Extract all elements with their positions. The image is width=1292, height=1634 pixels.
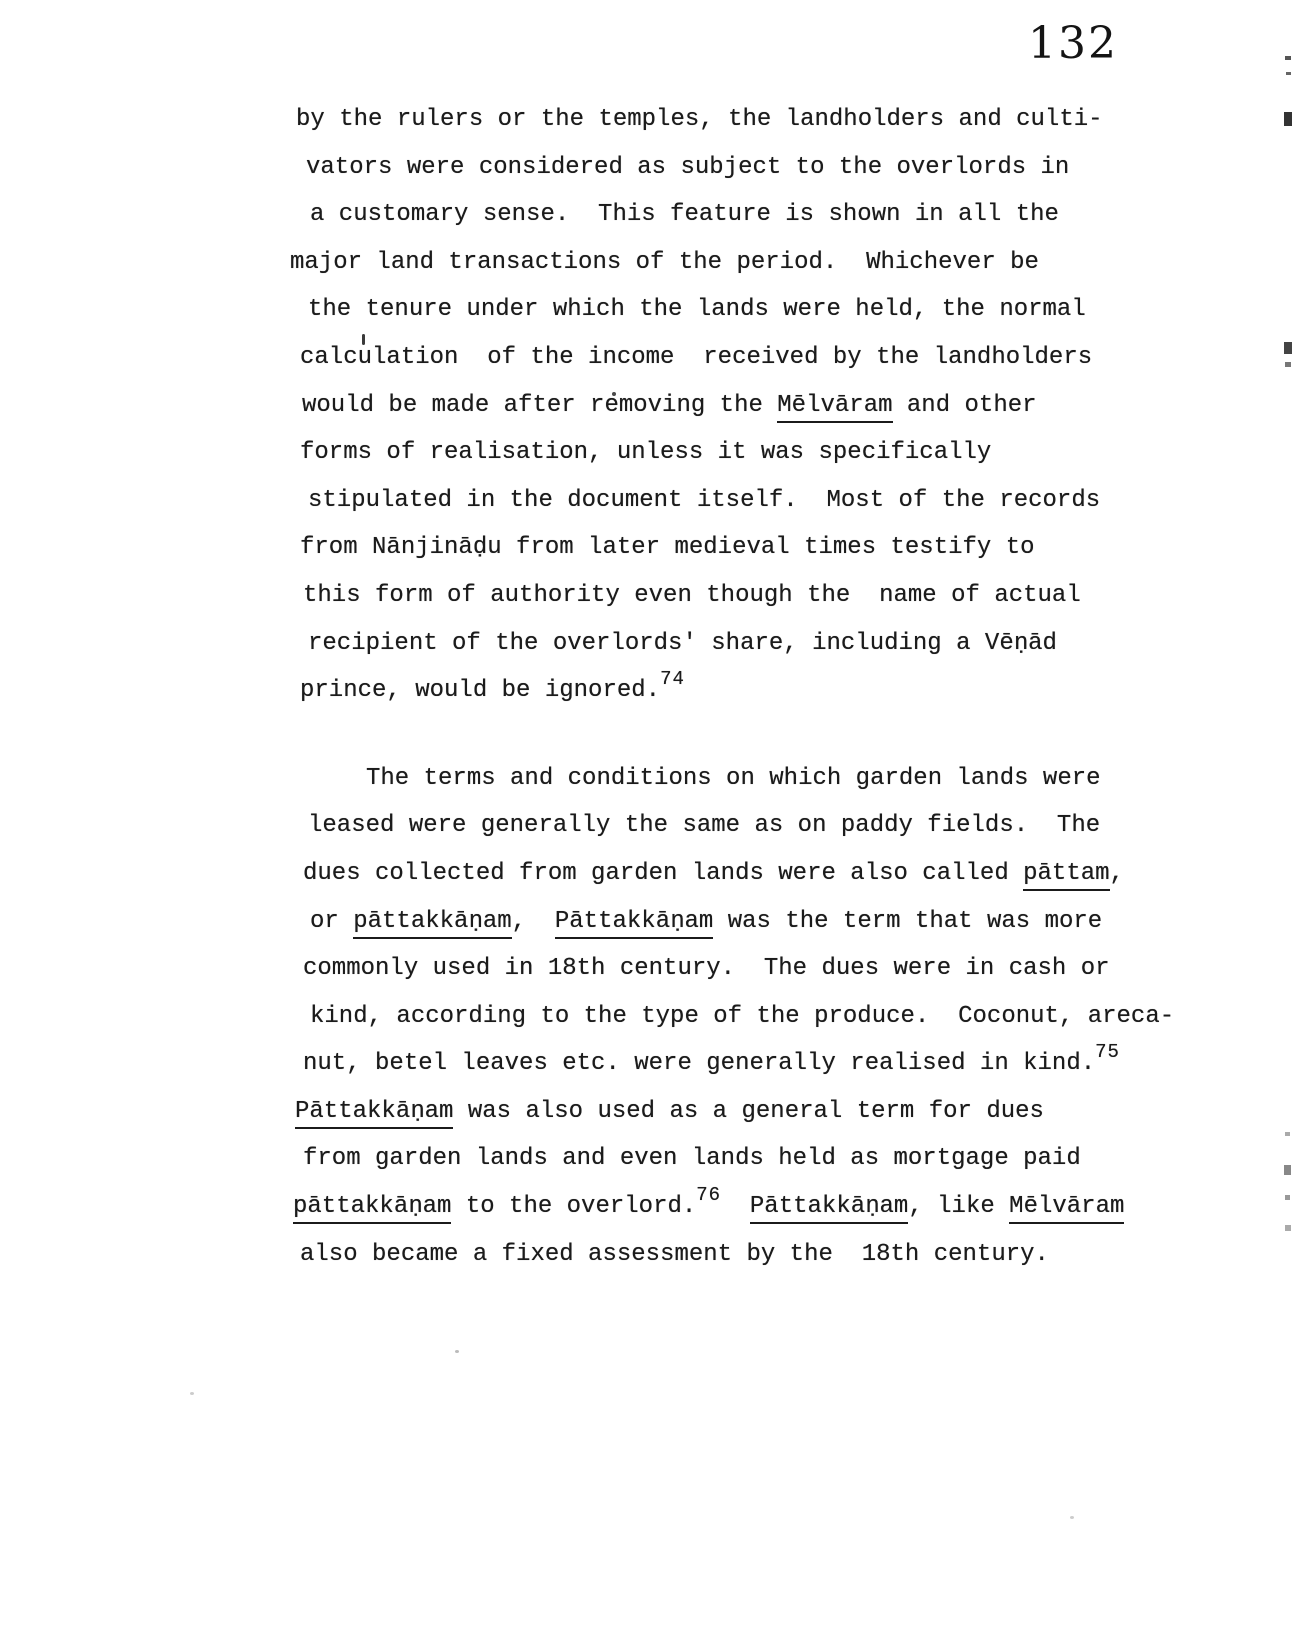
text-segment: major land transactions of the period. W… [290, 249, 1039, 276]
text-line: kind, according to the type of the produ… [288, 993, 1218, 1041]
text-segment [721, 1193, 750, 1220]
underlined-term: pāttam [1023, 860, 1109, 891]
scan-artifact [455, 1350, 459, 1353]
text-segment: prince, would be ignored. [300, 677, 660, 704]
text-segment: dues collected from garden lands were al… [303, 860, 1023, 887]
scan-artifact [1285, 56, 1291, 60]
text-segment: vators were considered as subject to the… [306, 154, 1069, 181]
underlined-term: Mēlvāram [777, 392, 892, 423]
text-segment: this form of authority even though the n… [303, 582, 1081, 609]
page-number: 132 [1028, 18, 1118, 69]
text-segment: the tenure under which the lands were he… [308, 296, 1086, 323]
text-line: dues collected from garden lands were al… [288, 850, 1218, 898]
text-segment: a customary sense. This feature is shown… [310, 201, 1059, 228]
scan-artifact [612, 392, 616, 396]
text-line: or pāttakkāṇam, Pāttakkāṇam was the term… [288, 898, 1218, 946]
text-line: pāttakkāṇam to the overlord.76 Pāttakkāṇ… [288, 1183, 1218, 1231]
text-line: major land transactions of the period. W… [288, 239, 1218, 287]
text-segment: was the term that was more [713, 908, 1102, 935]
text-line: the tenure under which the lands were he… [288, 286, 1218, 334]
text-line: prince, would be ignored.74 [288, 667, 1218, 715]
text-segment: would be made after removing the [302, 392, 777, 419]
scan-artifact [362, 334, 365, 345]
underlined-term: Pāttakkāṇam [555, 908, 713, 939]
scan-artifact [1286, 72, 1291, 75]
text-segment: to the overlord. [451, 1193, 696, 1220]
text-line: from garden lands and even lands held as… [288, 1135, 1218, 1183]
text-line: a customary sense. This feature is shown… [288, 191, 1218, 239]
text-line: vators were considered as subject to the… [288, 144, 1218, 192]
text-line: from Nānjināḍu from later medieval times… [288, 524, 1218, 572]
text-line: this form of authority even though the n… [288, 572, 1218, 620]
text-segment: nut, betel leaves etc. were generally re… [303, 1050, 1095, 1077]
scan-artifact [1285, 1195, 1290, 1200]
text-line: Pāttakkāṇam was also used as a general t… [288, 1088, 1218, 1136]
text-line: calculation of the income received by th… [288, 334, 1218, 382]
text-line: would be made after removing the Mēlvāra… [288, 382, 1218, 430]
document-page: 132 by the rulers or the temples, the la… [0, 0, 1292, 1634]
text-segment: forms of realisation, unless it was spec… [300, 439, 991, 466]
text-line: The terms and conditions on which garden… [288, 755, 1218, 803]
text-segment: , [1110, 860, 1124, 887]
text-line: stipulated in the document itself. Most … [288, 477, 1218, 525]
paragraph: by the rulers or the temples, the landho… [288, 96, 1218, 715]
underlined-term: Mēlvāram [1009, 1193, 1124, 1224]
text-segment: or [310, 908, 353, 935]
text-line: commonly used in 18th century. The dues … [288, 945, 1218, 993]
text-line: leased were generally the same as on pad… [288, 802, 1218, 850]
text-segment: recipient of the overlords' share, inclu… [308, 630, 1057, 657]
text-segment: kind, according to the type of the produ… [310, 1003, 1174, 1030]
text-line: forms of realisation, unless it was spec… [288, 429, 1218, 477]
underlined-term: Pāttakkāṇam [295, 1098, 453, 1129]
text-segment: from garden lands and even lands held as… [303, 1145, 1081, 1172]
scan-artifact [1284, 1165, 1291, 1175]
text-segment: commonly used in 18th century. The dues … [303, 955, 1110, 982]
footnote-reference: 75 [1095, 1041, 1120, 1063]
underlined-term: pāttakkāṇam [353, 908, 511, 939]
text-line: recipient of the overlords' share, inclu… [288, 620, 1218, 668]
scan-artifact [1285, 1225, 1291, 1231]
scan-artifact [1285, 362, 1291, 367]
scan-artifact [1070, 1516, 1074, 1519]
scan-artifact [1284, 112, 1292, 126]
text-segment: , [512, 908, 555, 935]
text-segment: stipulated in the document itself. Most … [308, 487, 1100, 514]
text-line: by the rulers or the temples, the landho… [288, 96, 1218, 144]
text-segment: , like [908, 1193, 1009, 1220]
text-segment: also became a fixed assessment by the 18… [300, 1241, 1049, 1268]
text-line: nut, betel leaves etc. were generally re… [288, 1040, 1218, 1088]
text-block: by the rulers or the temples, the landho… [288, 96, 1218, 1278]
footnote-reference: 74 [660, 668, 685, 690]
underlined-term: pāttakkāṇam [293, 1193, 451, 1224]
text-segment: from Nānjināḍu from later medieval times… [300, 534, 1035, 561]
underlined-term: Pāttakkāṇam [750, 1193, 908, 1224]
text-segment: was also used as a general term for dues [453, 1098, 1044, 1125]
scan-artifact [190, 1392, 194, 1395]
text-segment: leased were generally the same as on pad… [308, 812, 1100, 839]
footnote-reference: 76 [696, 1184, 721, 1206]
text-segment: by the rulers or the temples, the landho… [296, 106, 1103, 133]
text-segment: and other [893, 392, 1037, 419]
text-segment: The terms and conditions on which garden… [366, 765, 1101, 792]
text-line: also became a fixed assessment by the 18… [288, 1231, 1218, 1279]
paragraph: The terms and conditions on which garden… [288, 755, 1218, 1279]
scan-artifact [1284, 342, 1292, 354]
scan-artifact [1285, 1132, 1290, 1136]
text-segment: calculation of the income received by th… [300, 344, 1092, 371]
